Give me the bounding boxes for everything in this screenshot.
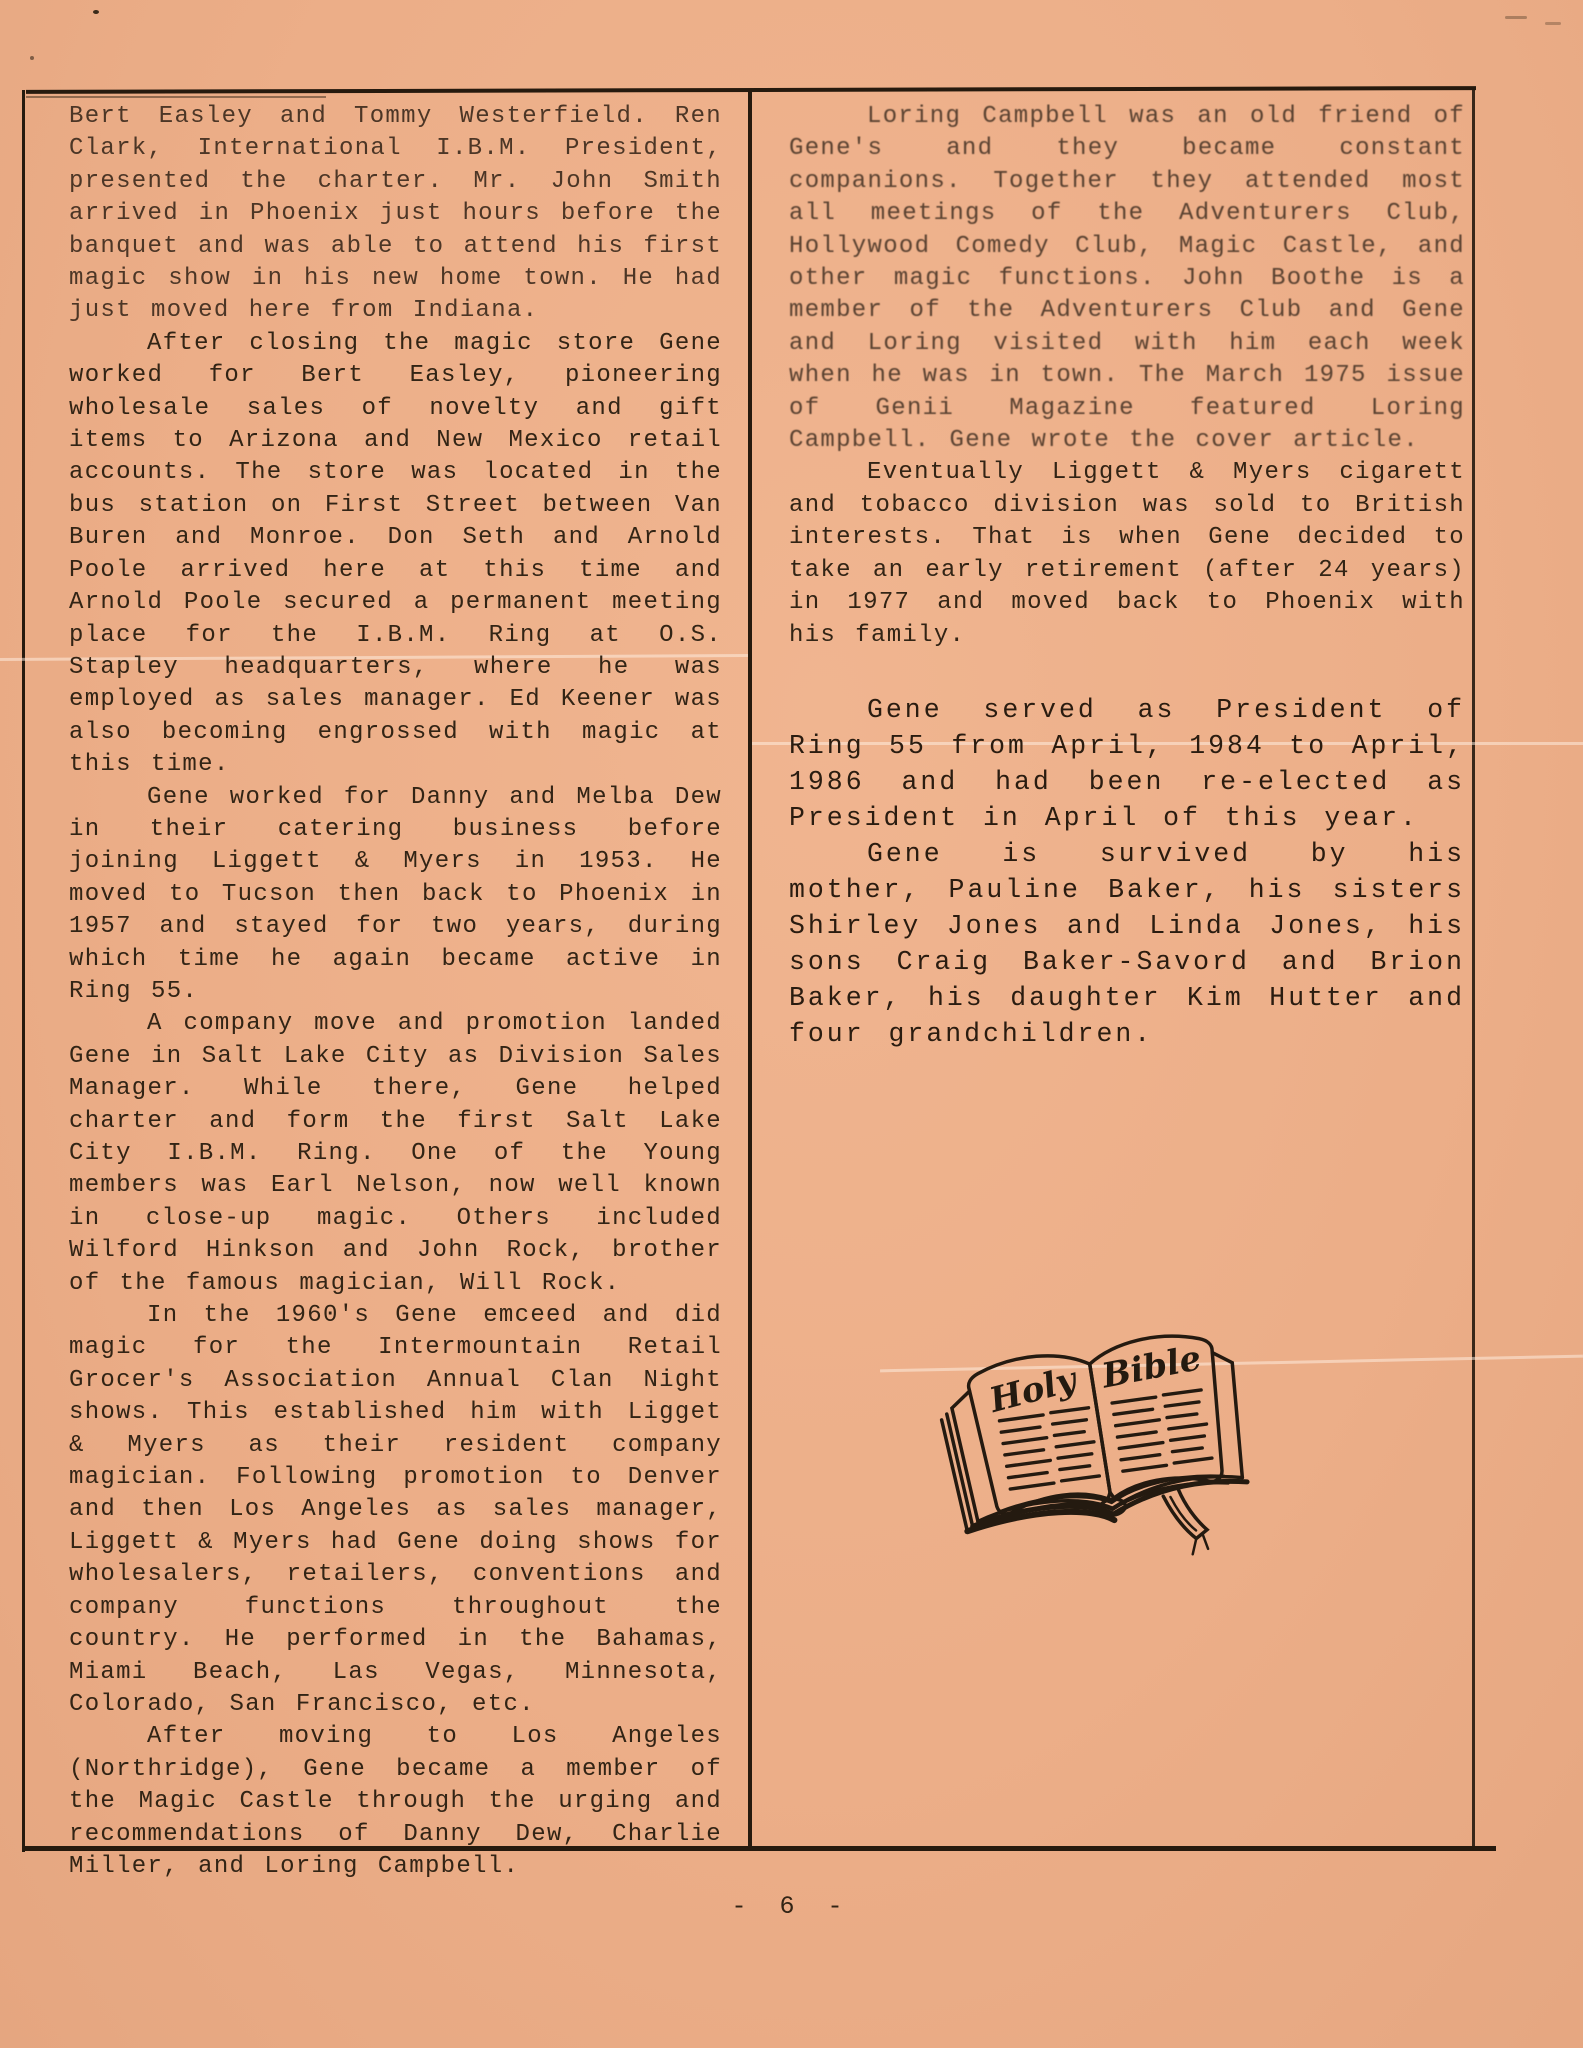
paragraph: In the 1960's Gene emceed and did magic … xyxy=(69,1300,722,1721)
paragraph: After closing the magic store Gene worke… xyxy=(69,328,722,782)
paragraph: Gene is survived by his mother, Pauline … xyxy=(789,836,1465,1052)
paragraph: Gene served as President of Ring 55 from… xyxy=(789,692,1465,836)
newsletter-page: Bert Easley and Tommy Westerfield. Ren C… xyxy=(0,0,1583,2048)
scan-artifact xyxy=(1505,16,1527,19)
scan-artifact xyxy=(1545,22,1561,25)
paragraph: Gene worked for Danny and Melba Dew in t… xyxy=(69,782,722,1009)
frame-right-rule xyxy=(1472,90,1475,1848)
paragraph: Bert Easley and Tommy Westerfield. Ren C… xyxy=(69,101,722,328)
left-column: Bert Easley and Tommy Westerfield. Ren C… xyxy=(69,101,722,1883)
right-column: Loring Campbell was an old friend of Gen… xyxy=(789,101,1465,1052)
frame-left-rule xyxy=(22,90,25,1852)
paragraph: After moving to Los Angeles (Northridge)… xyxy=(69,1721,722,1883)
paragraph: A company move and promotion landed Gene… xyxy=(69,1008,722,1300)
paragraph: Loring Campbell was an old friend of Gen… xyxy=(789,101,1465,457)
page-number: - 6 - xyxy=(0,1892,1583,1921)
column-divider-rule xyxy=(748,90,752,1850)
paragraph: Eventually Liggett & Myers cigarett and … xyxy=(789,457,1465,651)
frame-top-double-rule xyxy=(26,96,326,98)
scan-artifact xyxy=(93,10,99,14)
holy-bible-illustration: Holy Bible xyxy=(903,1293,1303,1598)
scan-artifact xyxy=(30,56,34,60)
open-bible-icon: Holy Bible xyxy=(903,1293,1303,1593)
